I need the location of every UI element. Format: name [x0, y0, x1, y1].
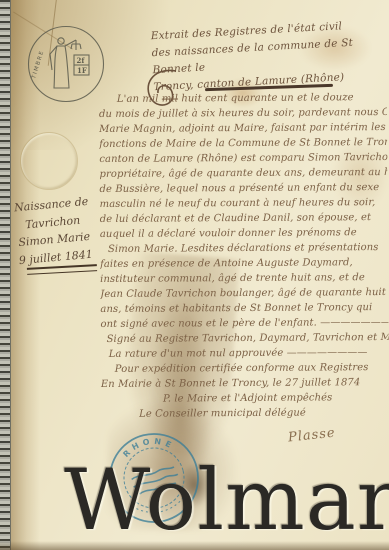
line-suffix: huit cent quarante un et le douze: [178, 92, 354, 104]
timbre-value-bottom: 1F: [77, 66, 87, 75]
margin-note: Naissance de Tavrichon Simon Marie 9 jui…: [2, 192, 105, 270]
binding-edge: [0, 0, 11, 550]
wolmar-watermark: Wolmar: [64, 458, 389, 542]
timbre-label: TIMBRE: [31, 49, 46, 80]
body-text: L'an mil mil huit cent quarante un et le…: [99, 90, 389, 422]
struck-word: mil: [162, 93, 178, 104]
handwritten-line: Le Conseiller municipal délégué: [101, 405, 389, 422]
bottom-edge-shadow: [0, 541, 389, 550]
line-prefix: L'an mil: [117, 94, 162, 105]
official-signature: Plasse: [287, 426, 336, 446]
timbre-value-top: 2f: [77, 56, 86, 65]
handwritten-line: En Mairie à St Bonnet le Troncy, le 27 j…: [101, 375, 389, 392]
timbre-fiscal-stamp: 2f 1F TIMBRE: [24, 22, 108, 106]
document-page: 2f 1F TIMBRE Extrait des Registres de l'…: [0, 0, 389, 550]
embossed-seal: [20, 132, 78, 190]
document-header: Extrait des Registres de l'état civil de…: [150, 16, 389, 96]
